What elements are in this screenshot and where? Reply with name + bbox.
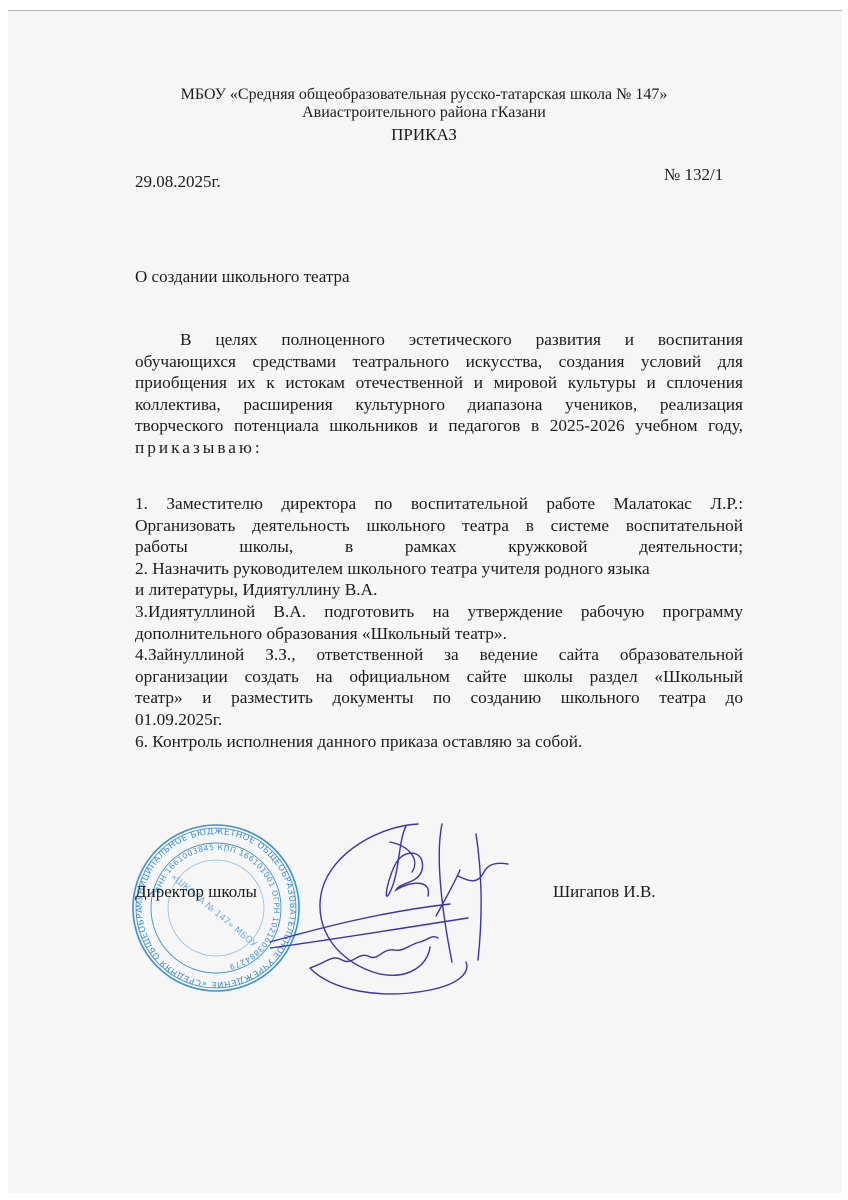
preamble-line: приобщения их к истокам отечественной и …	[135, 372, 743, 394]
item-1-line: 1. Заместителю директора по воспитательн…	[135, 493, 743, 515]
item-1-line: Организовать деятельность школьного теат…	[135, 515, 743, 537]
handwritten-signature	[270, 812, 520, 1002]
preamble-line: обучающихся средствами театрального иску…	[135, 351, 743, 373]
preamble-line: коллектива, расширения культурного диапа…	[135, 394, 743, 416]
item-2-line: 2. Назначить руководителем школьного теа…	[135, 558, 743, 580]
item-4-line: 01.09.2025г.	[135, 709, 743, 731]
item-6-line: 6. Контроль исполнения данного приказа о…	[135, 731, 743, 753]
order-number: № 132/1	[664, 165, 723, 185]
order-subject: О создании школьного театра	[135, 267, 350, 287]
item-4-line: организации создать на официальном сайте…	[135, 666, 743, 688]
item-4-line: театр» и разместить документы по создани…	[135, 687, 743, 709]
signer-position: Директор школы	[135, 882, 257, 902]
preamble-line: В целях полноценного эстетического разви…	[135, 329, 743, 351]
signer-name: Шигапов И.В.	[553, 882, 656, 902]
item-4-line: 4.Зайнуллиной З.З., ответственной за вед…	[135, 644, 743, 666]
order-word: приказываю:	[135, 437, 743, 459]
order-date: 29.08.2025г.	[135, 172, 221, 192]
item-1-line: работы школы, в рамках кружковой деятель…	[135, 536, 743, 558]
org-name-line2: Авиастроительного района гКазани	[0, 104, 848, 122]
doc-type-title: ПРИКАЗ	[0, 126, 848, 144]
item-3-line: 3.Идиятуллиной В.А. подготовить на утвер…	[135, 601, 743, 623]
item-3-line: дополнительного образования «Школьный те…	[135, 623, 743, 645]
preamble: В целях полноценного эстетического разви…	[135, 329, 743, 459]
order-items: 1. Заместителю директора по воспитательн…	[135, 493, 743, 752]
org-name-line1: МБОУ «Средняя общеобразовательная русско…	[0, 86, 848, 104]
item-2-line: и литературы, Идиятуллину В.А.	[135, 579, 743, 601]
preamble-line: творческого потенциала школьников и педа…	[135, 415, 743, 437]
